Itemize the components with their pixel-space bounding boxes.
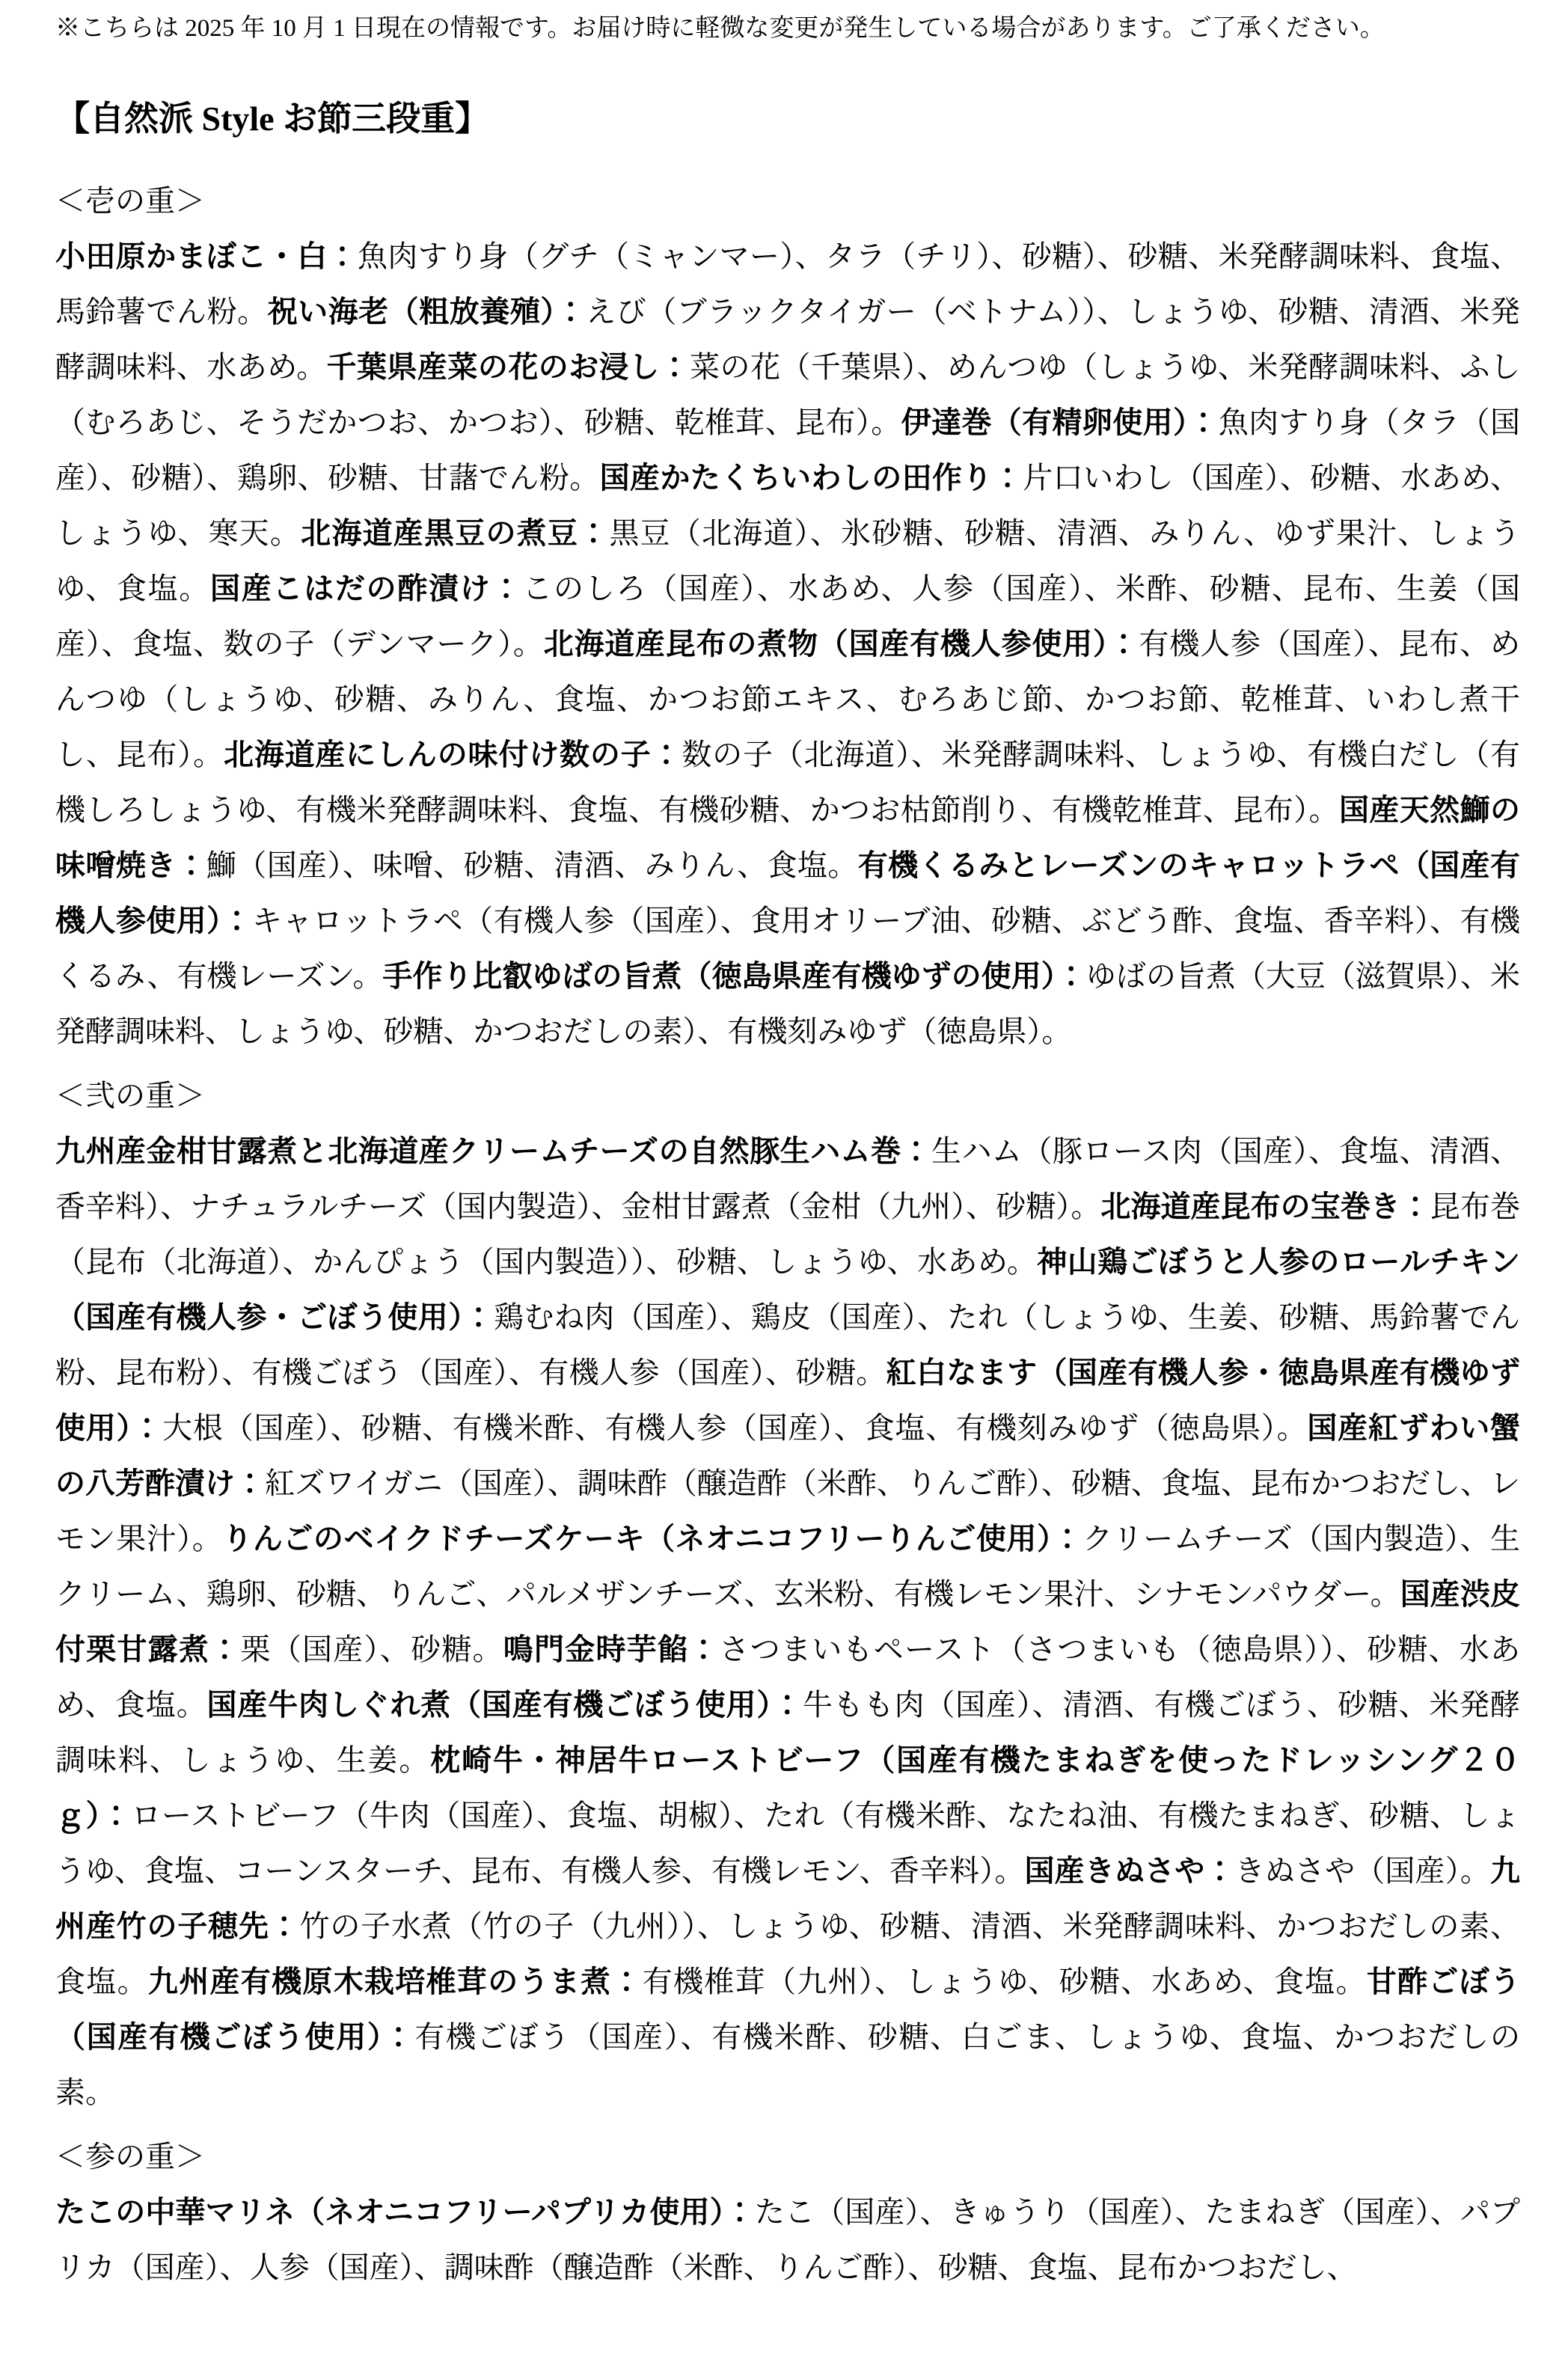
section-heading: ＜壱の重＞ (55, 174, 1520, 229)
section-ingredients: たこの中華マリネ（ネオニコフリーパプリカ使用）：たこ（国産）、きゅうり（国産）、… (55, 2185, 1520, 2295)
item-name: 北海道産にしんの味付け数の子： (224, 738, 682, 771)
item-name: 手作り比叡ゆばの旨煮（徳島県産有機ゆずの使用）： (382, 959, 1085, 993)
item-name: 国産かたくちいわしの田作り： (600, 461, 1023, 495)
item-name: 鳴門金時芋餡： (503, 1633, 720, 1666)
item-name: 九州産金柑甘露煮と北海道産クリームチーズの自然豚生ハム巻： (55, 1134, 931, 1168)
section-ingredients: 九州産金柑甘露煮と北海道産クリームチーズの自然豚生ハム巻：生ハム（豚ロース肉（国… (55, 1124, 1520, 2120)
update-note: ※こちらは 2025 年 10 月 1 日現在の情報です。お届け時に軽微な変更が… (55, 10, 1520, 46)
item-name: 祝い海老（粗放養殖）： (268, 295, 587, 328)
item-name: たこの中華マリネ（ネオニコフリーパプリカ使用）： (55, 2195, 755, 2229)
item-name: 国産こはだの酢漬け： (210, 572, 522, 605)
sections-container: ＜壱の重＞小田原かまぼこ・白：魚肉すり身（グチ（ミャンマー）、タラ（チリ）、砂糖… (55, 174, 1520, 2295)
item-ingredients: 鰤（国産）、味噌、砂糖、清酒、みりん、食塩。 (206, 848, 858, 882)
item-name: 千葉県産菜の花のお浸し： (327, 350, 690, 384)
item-name: りんごのベイクドチーズケーキ（ネオニコフリーりんご使用）： (222, 1522, 1082, 1555)
section-ingredients: 小田原かまぼこ・白：魚肉すり身（グチ（ミャンマー）、タラ（チリ）、砂糖）、砂糖、… (55, 229, 1520, 1059)
item-ingredients: 栗（国産）、砂糖。 (241, 1633, 503, 1666)
item-ingredients: 有機椎茸（九州）、しょうゆ、砂糖、水あめ、食塩。 (643, 1965, 1367, 1998)
item-name: 小田原かまぼこ・白： (55, 239, 358, 273)
section-heading: ＜弐の重＞ (55, 1068, 1520, 1124)
document-page: ※こちらは 2025 年 10 月 1 日現在の情報です。お届け時に軽微な変更が… (0, 0, 1568, 2295)
item-name: 九州産有機原木栽培椎茸のうま煮： (148, 1965, 643, 1998)
item-ingredients: きぬさや（国産）。 (1235, 1854, 1490, 1888)
item-name: 国産牛肉しぐれ煮（国産有機ごぼう使用）： (207, 1688, 803, 1722)
item-ingredients: 大根（国産）、砂糖、有機米酢、有機人参（国産）、食塩、有機刻みゆず（徳島県）。 (162, 1411, 1307, 1445)
section-heading: ＜参の重＞ (55, 2129, 1520, 2185)
item-name: 北海道産黒豆の煮豆： (301, 516, 609, 550)
item-name: 北海道産昆布の煮物（国産有機人参使用）： (544, 627, 1139, 661)
page-title: 【自然派 Style お節三段重】 (55, 91, 1520, 147)
item-name: 北海道産昆布の宝巻き： (1100, 1190, 1430, 1223)
item-name: 伊達巻（有精卵使用）： (901, 406, 1219, 439)
item-name: 国産きぬさや： (1025, 1854, 1235, 1888)
